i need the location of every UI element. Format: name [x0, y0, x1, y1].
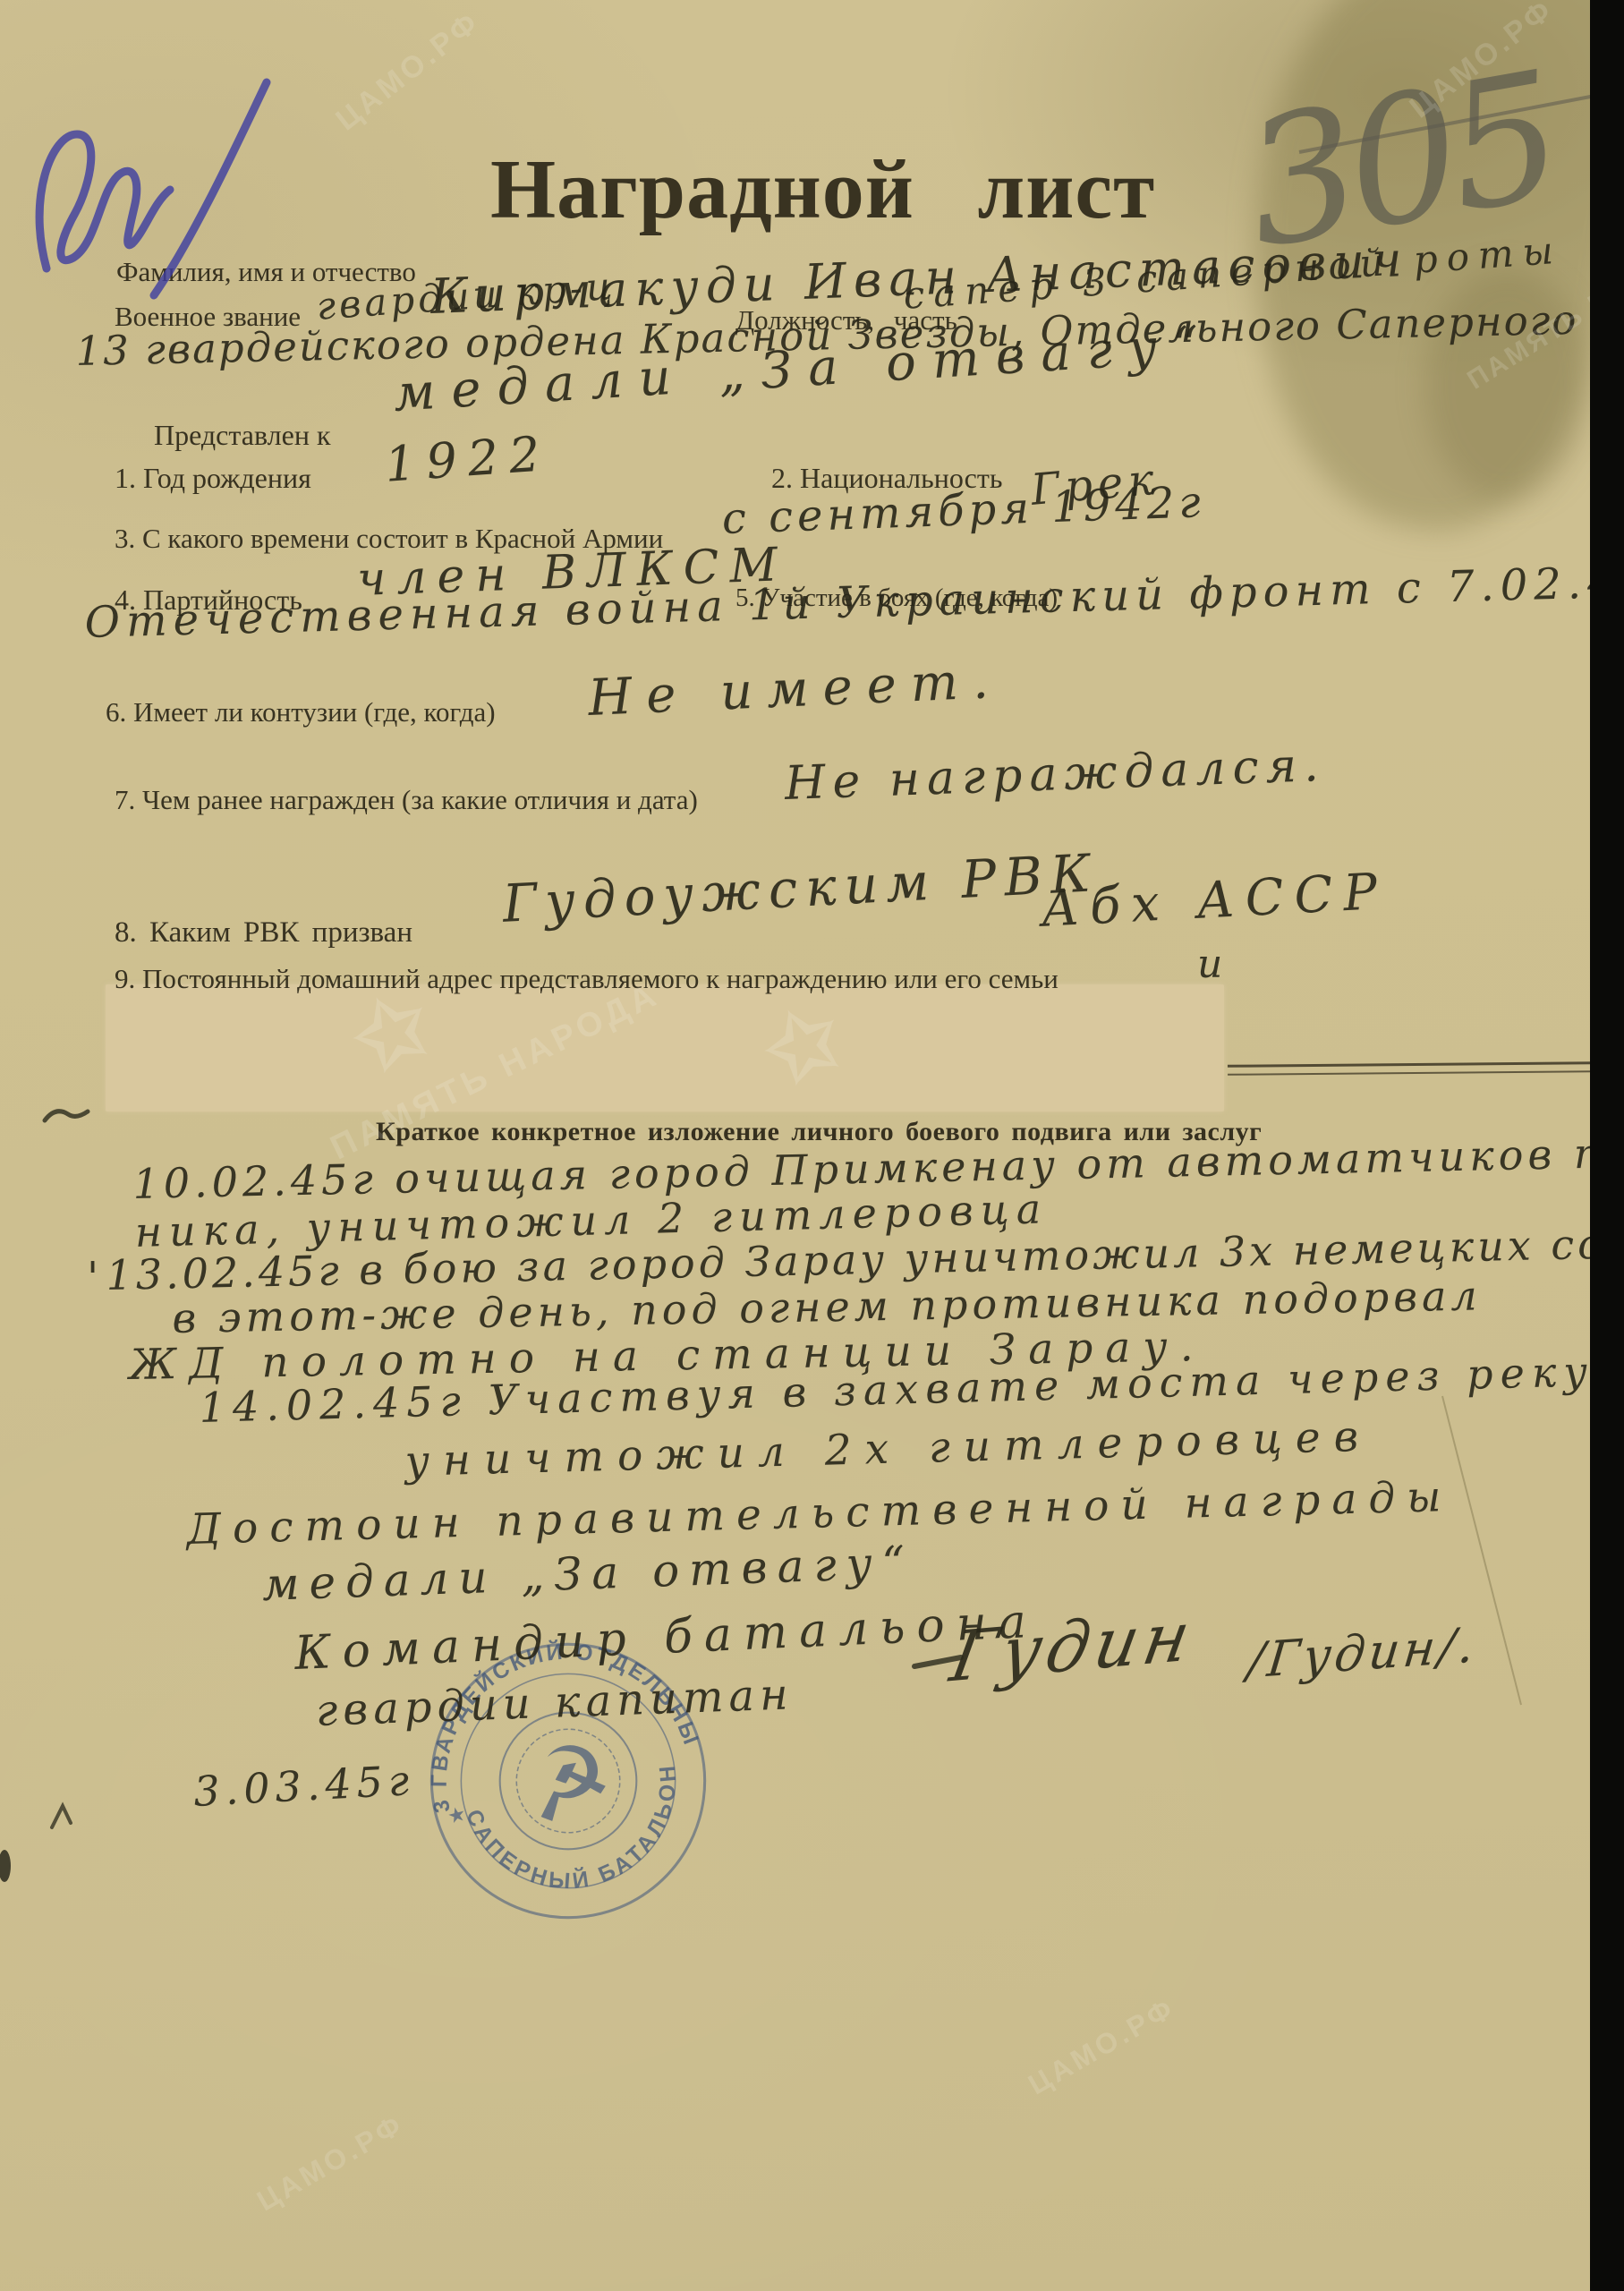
wounds-label: 6. Имеет ли контузии (где, когда)	[106, 696, 496, 728]
watermark-archive-bottom-left: ЦАМО.РФ	[251, 2108, 410, 2219]
rvk-label: 8. Каким РВК призван	[115, 916, 412, 950]
stamp-star-icon: ★	[446, 1802, 469, 1829]
paper-sheet: Наградной лист Фамилия, имя и отчество В…	[0, 0, 1590, 2291]
watermark-archive-bottom-right: ЦАМО.РФ	[1023, 1991, 1181, 2102]
birth-year-value: 1922	[383, 425, 552, 493]
presented-label: Представлен к	[154, 419, 330, 452]
feat-line-7: уничтожил 2х гитлеровцев	[404, 1412, 1373, 1486]
birth-year-label: 1. Год рождения	[115, 462, 311, 495]
prev-awards-value: Не награждался.	[784, 738, 1326, 811]
margin-check-mark	[52, 1806, 71, 1827]
watermark-archive-top-left: ЦАМО.РФ	[329, 4, 487, 138]
redacted-address-box	[106, 984, 1224, 1111]
award-sheet-scan: Наградной лист Фамилия, имя и отчество В…	[0, 0, 1624, 2291]
commander-countersignature: /Гудин/.	[1245, 1616, 1480, 1690]
address-ink-mark: и	[1197, 941, 1222, 987]
battles-value: Отечественная война 1й Украинский фронт …	[84, 556, 1624, 648]
page-title: Наградной лист	[490, 141, 1155, 238]
margin-tick-mark	[45, 1111, 88, 1120]
prev-awards-label: 7. Чем ранее награжден (за какие отличия…	[115, 784, 698, 816]
date-value: 3.03.45г	[192, 1756, 415, 1816]
feat-line-3-mark: '	[87, 1253, 98, 1303]
rvk-value: Гудоужским РВК	[501, 842, 1100, 934]
address-label: 9. Постоянный домашний адрес представляе…	[115, 963, 1059, 995]
scan-black-edge	[1590, 0, 1624, 2291]
wounds-value: Не имеет.	[587, 652, 1004, 728]
commander-rank-line: гвардии капитан	[315, 1669, 795, 1736]
double-rule-line	[1228, 1061, 1596, 1076]
hammer-sickle-emblem-icon: ☭	[514, 1718, 625, 1848]
edge-tear-mark	[0, 1850, 11, 1882]
